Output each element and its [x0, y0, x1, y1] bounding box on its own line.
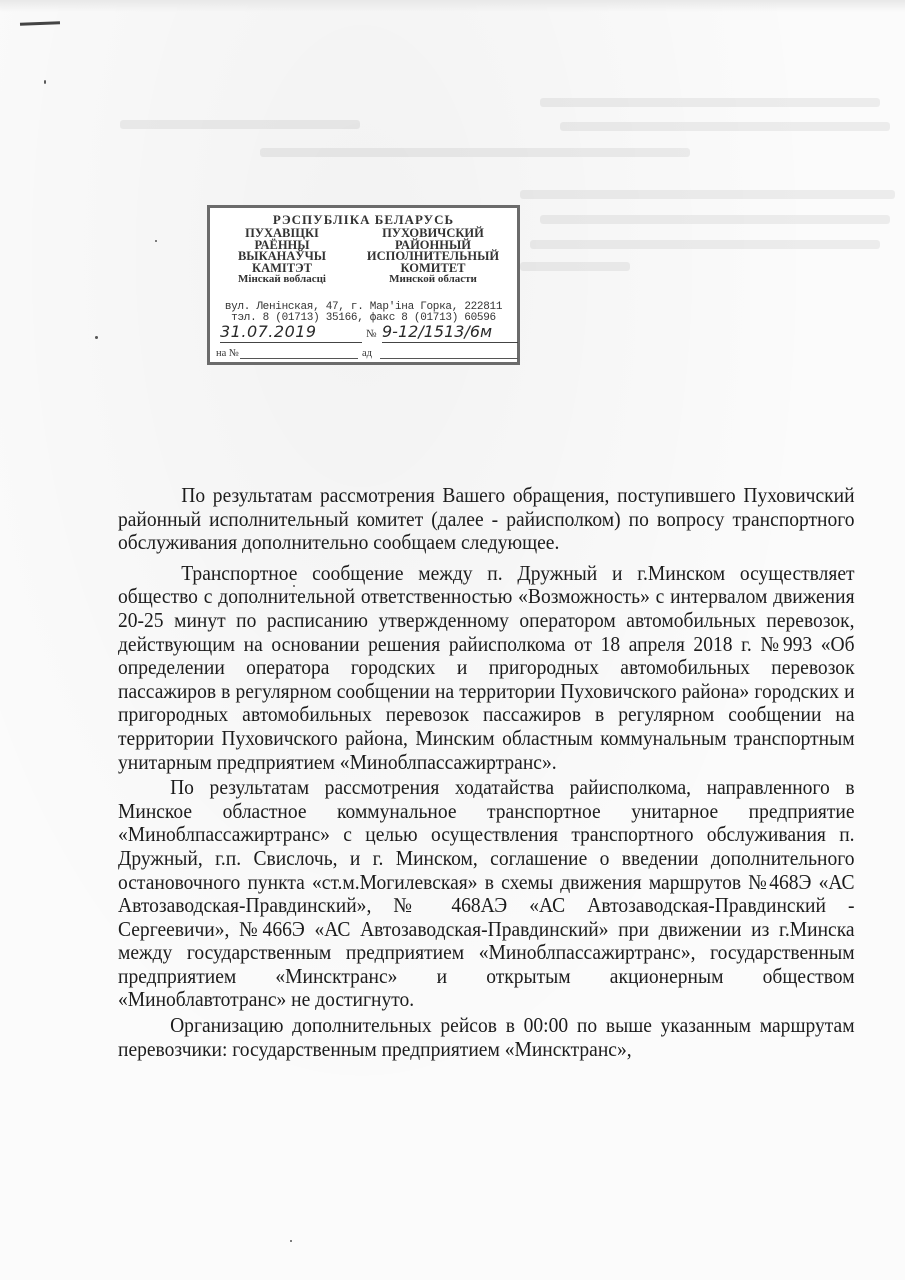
- stamp-right-column-russian: ПУХОВИЧСКИЙ РАЙОННЫЙ ИСПОЛНИТЕЛЬНЫЙ КОМИ…: [352, 228, 514, 286]
- letterhead-stamp: РЭСПУБЛІКА БЕЛАРУСЬ ПУХАВІЦКІ РАЁННЫ ВЫК…: [207, 205, 520, 365]
- stamp-left-column-belarusian: ПУХАВІЦКІ РАЁННЫ ВЫКАНАЎЧЫ КАМІТЭТ Мінск…: [222, 228, 342, 286]
- reference-date-blank: [380, 346, 518, 359]
- handwritten-date: 31.07.2019: [220, 322, 362, 343]
- letter-body: По результатам рассмотрения Вашего обращ…: [118, 484, 855, 1061]
- reference-number-blank: [240, 346, 358, 359]
- paragraph: Организацию дополнительных рейсов в 00:0…: [118, 1014, 855, 1061]
- bleed-through-line: [540, 215, 890, 224]
- scan-speck: [44, 80, 46, 84]
- scan-artifact-mark: [20, 21, 60, 25]
- reference-date-label: ад: [362, 348, 372, 359]
- stamp-region: Минской области: [352, 274, 514, 286]
- scan-speck: [95, 336, 98, 339]
- reference-number-label: на №: [216, 348, 239, 359]
- paragraph: По результатам рассмотрения ходатайства …: [118, 776, 855, 1012]
- scan-speck: [155, 240, 157, 242]
- bleed-through-line: [520, 262, 630, 271]
- stamp-reference-row: на № ад: [216, 346, 513, 362]
- bleed-through-line: [530, 240, 880, 249]
- bleed-through-line: [520, 190, 895, 199]
- bleed-through-line: [120, 120, 360, 129]
- bleed-through-line: [260, 148, 690, 157]
- paragraph: Транспортное сообщение между п. Дружный …: [118, 562, 855, 774]
- stamp-date-number-row: 31.07.2019 № 9-12/1513/6м: [216, 322, 513, 344]
- bleed-through-line: [560, 122, 890, 131]
- scan-speck: [290, 1240, 292, 1242]
- scanned-page: РЭСПУБЛІКА БЕЛАРУСЬ ПУХАВІЦКІ РАЁННЫ ВЫК…: [0, 0, 905, 1280]
- number-label: №: [366, 328, 377, 340]
- stamp-region: Мінскай вобласці: [222, 274, 342, 286]
- scan-edge-shadow: [0, 0, 905, 12]
- handwritten-outgoing-number: 9-12/1513/6м: [382, 322, 518, 343]
- paragraph: По результатам рассмотрения Вашего обращ…: [118, 484, 855, 555]
- bleed-through-line: [540, 98, 880, 107]
